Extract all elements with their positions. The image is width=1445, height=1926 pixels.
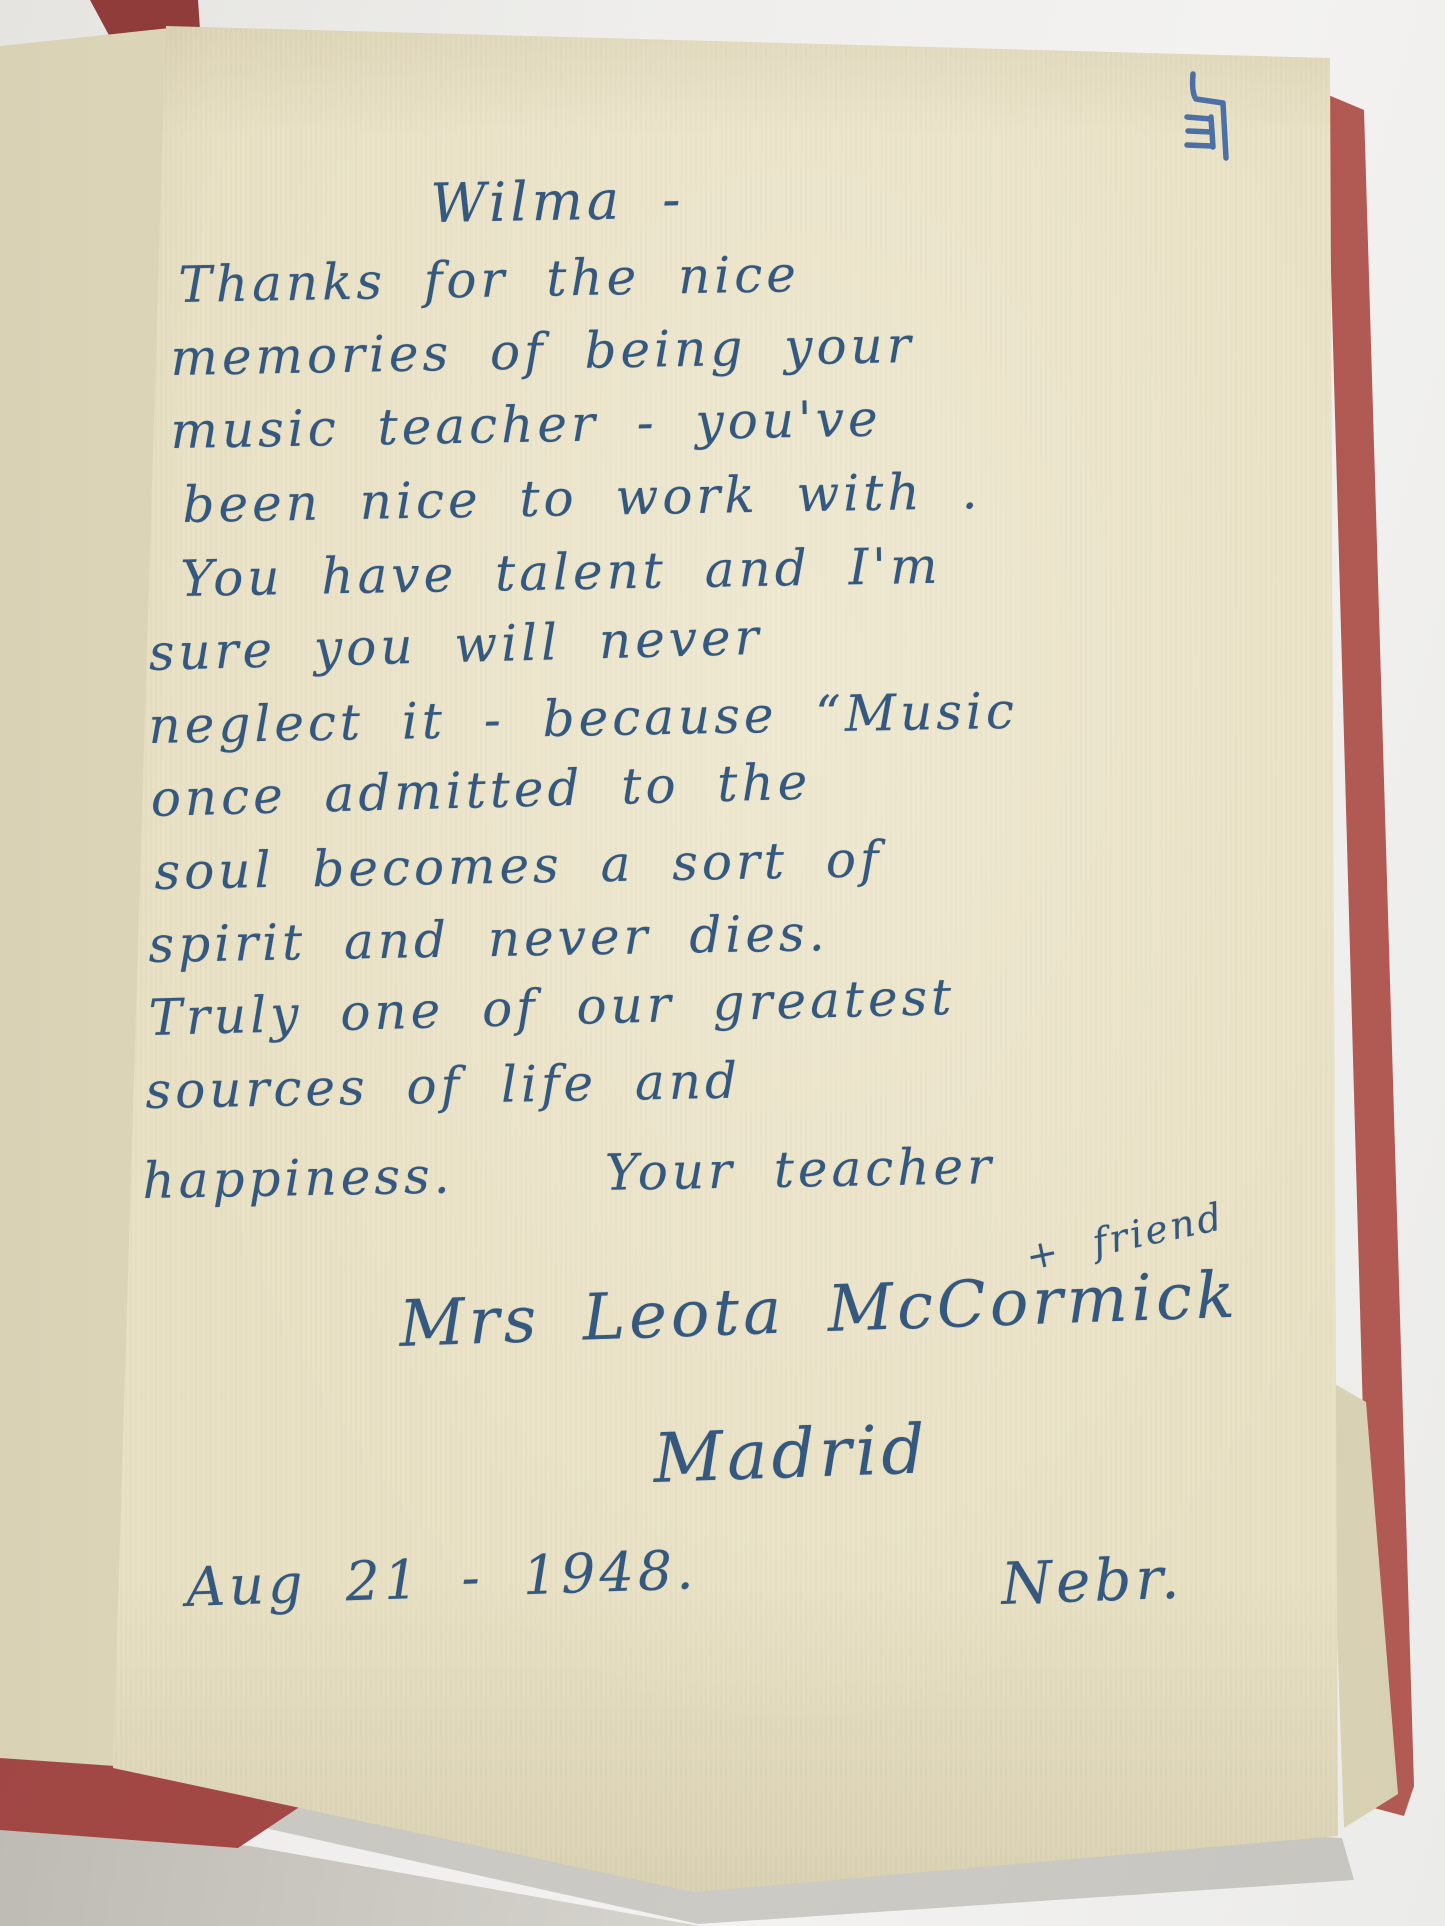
signature-state: Nebr.	[1000, 1544, 1184, 1618]
handwritten-line: You have talent and I'm	[180, 537, 942, 608]
handwritten-line: sources of life and	[145, 1052, 741, 1120]
inscription-page: Wilma - Thanks for the nice memories of …	[0, 0, 1445, 1926]
signoff-line: happiness. Your teacher	[142, 1137, 995, 1210]
photo-backdrop: Wilma - Thanks for the nice memories of …	[0, 0, 1445, 1926]
handwritten-line: sure you will never	[148, 608, 763, 682]
handwritten-line: been nice to work with .	[182, 462, 982, 534]
handwritten-line: memories of being your	[170, 316, 915, 387]
handwritten-line: music teacher - you've	[170, 390, 882, 460]
date-line: Aug 21 - 1948.	[185, 1538, 698, 1619]
signature-name: Mrs Leota McCormick	[398, 1259, 1240, 1362]
salutation-line: Wilma -	[430, 168, 685, 235]
blue-corner-mark-icon	[1180, 66, 1250, 171]
handwritten-line: Truly one of our greatest	[148, 968, 956, 1047]
handwritten-line: spirit and never dies.	[148, 904, 829, 974]
handwritten-line: neglect it - because “Music	[148, 682, 1018, 755]
handwritten-line: once admitted to the	[150, 753, 812, 828]
handwritten-line: soul becomes a sort of	[154, 830, 883, 901]
handwritten-line: Thanks for the nice	[178, 245, 800, 314]
signature-city: Madrid	[652, 1410, 930, 1499]
